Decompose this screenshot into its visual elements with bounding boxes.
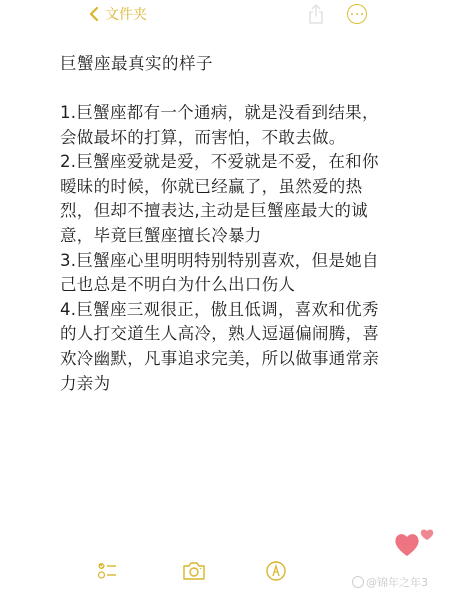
share-icon bbox=[307, 3, 325, 25]
watermark-logo-icon bbox=[352, 576, 364, 588]
note-line: 意，毕竟巨蟹座擅长冷暴力 bbox=[60, 224, 410, 249]
checklist-button[interactable] bbox=[97, 560, 119, 586]
note-line: 欢冷幽默，凡事追求完美，所以做事通常亲 bbox=[60, 347, 410, 372]
hearts-icon bbox=[393, 526, 437, 558]
watermark-text: @锦年之年3 bbox=[366, 574, 428, 590]
share-button[interactable] bbox=[307, 3, 325, 29]
back-to-folders-button[interactable]: 文件夹 bbox=[89, 4, 147, 24]
dot bbox=[361, 13, 364, 16]
note-line: 暧昧的时候，你就已经赢了，虽然爱的热 bbox=[60, 175, 410, 200]
dot bbox=[356, 13, 359, 16]
checklist-icon bbox=[97, 560, 119, 582]
note-body[interactable]: 1.巨蟹座都有一个通病，就是没看到结果， 会做最坏的打算，而害怕，不敢去做。 2… bbox=[60, 101, 410, 396]
camera-icon bbox=[182, 560, 206, 582]
camera-button[interactable] bbox=[182, 560, 206, 586]
note-line: 烈，但却不擅表达,主动是巨蟹座最大的诚 bbox=[60, 199, 410, 224]
hearts-decoration bbox=[393, 526, 437, 562]
note-line: 1.巨蟹座都有一个通病，就是没看到结果， bbox=[60, 101, 410, 126]
note-line: 4.巨蟹座三观很正，傲且低调，喜欢和优秀 bbox=[60, 298, 410, 323]
nav-bar: 文件夹 bbox=[0, 0, 449, 34]
markup-pen-icon bbox=[265, 560, 287, 582]
chevron-left-icon bbox=[89, 6, 99, 22]
note-line: 力亲为 bbox=[60, 372, 410, 397]
note-line: 3.巨蟹座心里明明特别特别喜欢，但是她自 bbox=[60, 249, 410, 274]
note-line: 2.巨蟹座爱就是爱，不爱就是不爱，在和你 bbox=[60, 150, 410, 175]
note-line: 的人打交道生人高冷，熟人逗逼偏闹腾，喜 bbox=[60, 322, 410, 347]
markup-button[interactable] bbox=[265, 560, 287, 586]
more-options-button[interactable] bbox=[347, 4, 367, 24]
back-label: 文件夹 bbox=[105, 4, 147, 24]
note-line: 会做最坏的打算，而害怕，不敢去做。 bbox=[60, 126, 410, 151]
watermark: @锦年之年3 bbox=[352, 574, 428, 590]
note-title[interactable]: 巨蟹座最真实的样子 bbox=[60, 50, 213, 74]
dot bbox=[351, 13, 354, 16]
note-line: 己也总是不明白为什么出口伤人 bbox=[60, 273, 410, 298]
